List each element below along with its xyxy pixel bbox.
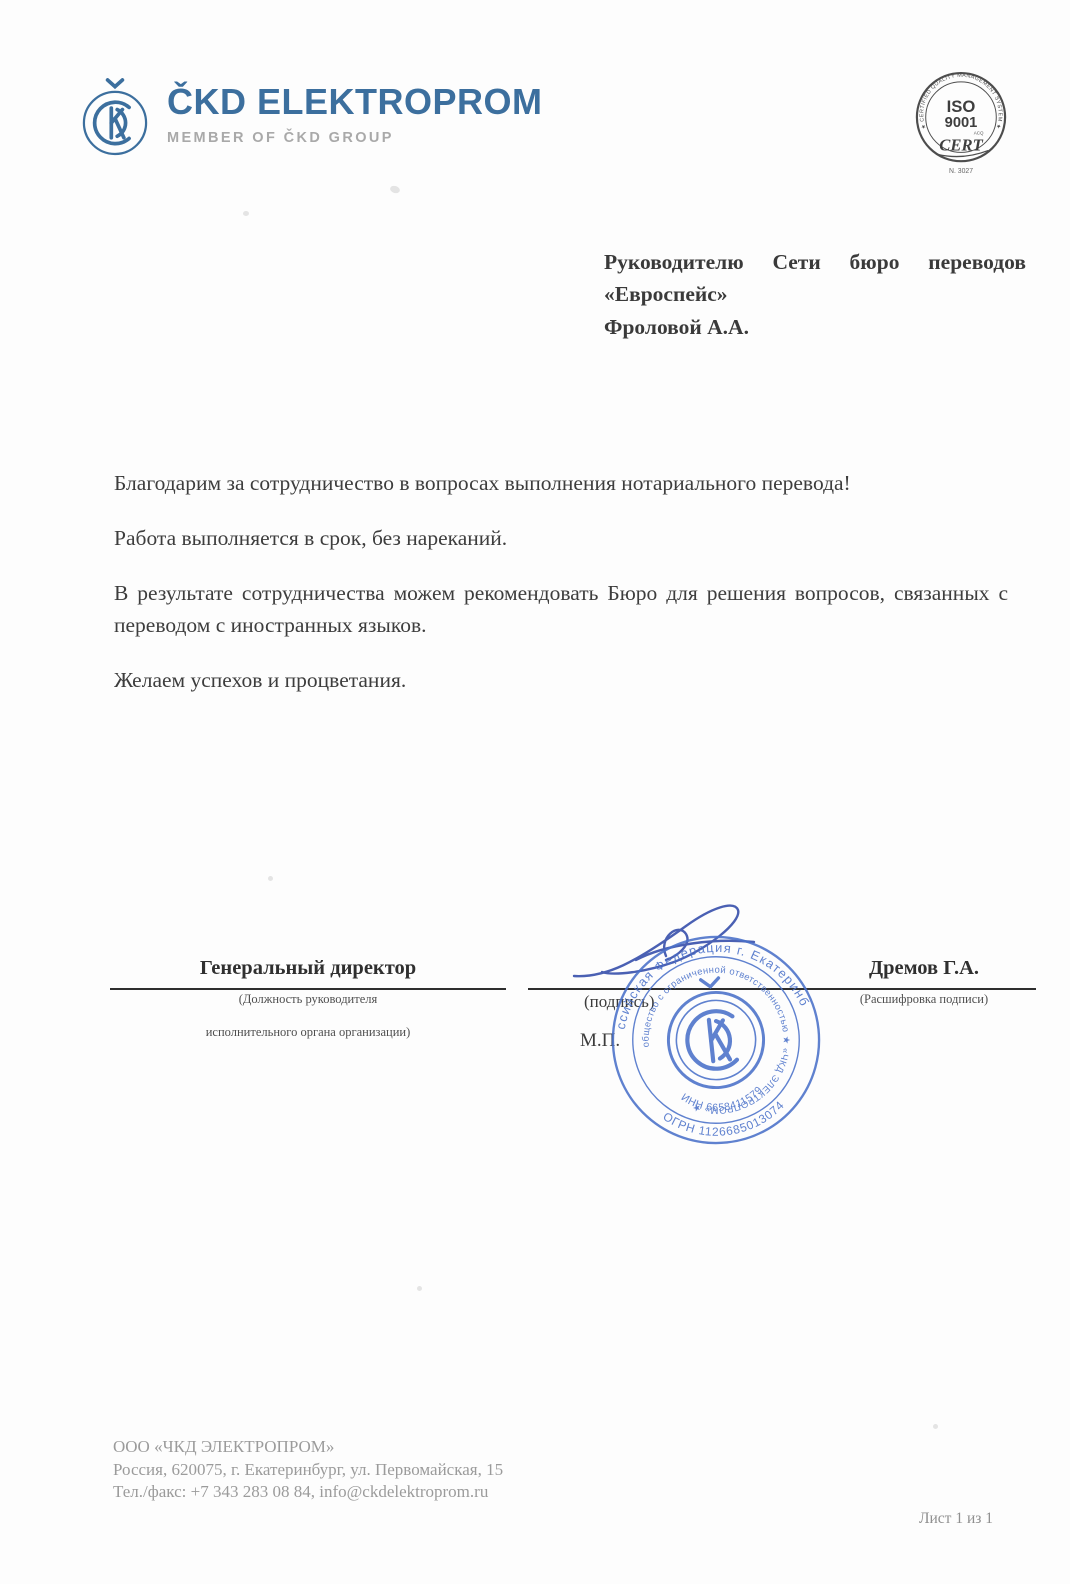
scan-artifact	[243, 211, 249, 216]
footer-company: ООО «ЧКД ЭЛЕКТРОПРОМ»	[113, 1436, 503, 1459]
scan-artifact	[268, 876, 273, 881]
letter-body: Благодарим за сотрудничество в вопросах …	[114, 468, 1008, 720]
ckd-monogram-icon	[78, 76, 152, 158]
iso-9001-cert-badge-icon: ★ CERTIFIED QUALITY MANAGEMENT SYSTEM ★ …	[912, 68, 1010, 178]
letter-page: ČKD ELEKTROPROM MEMBER OF ČKD GROUP ★ CE…	[0, 0, 1070, 1584]
signature-position-block: Генеральный директор (Должность руководи…	[110, 948, 506, 1040]
logo-wordmark: ČKD ELEKTROPROM	[167, 84, 543, 120]
cert-word: CERT	[939, 135, 983, 154]
position-caption: (Должность руководителя	[110, 992, 506, 1007]
signer-name: Дремов Г.А.	[812, 948, 1036, 990]
footer-contacts: Тел./факс: +7 343 283 08 84, info@ckdele…	[113, 1481, 503, 1504]
company-logo: ČKD ELEKTROPROM MEMBER OF ČKD GROUP	[78, 76, 543, 158]
page-number: Лист 1 из 1	[919, 1510, 993, 1528]
logo-tagline: MEMBER OF ČKD GROUP	[167, 130, 543, 146]
footer-block: ООО «ЧКД ЭЛЕКТРОПРОМ» Россия, 620075, г.…	[113, 1436, 503, 1504]
svg-text:ИНН 6658411579: ИНН 6658411579	[678, 1084, 767, 1118]
scan-artifact	[417, 1286, 422, 1291]
position-title: Генеральный директор	[110, 948, 506, 990]
scan-artifact	[389, 185, 401, 195]
recipient-line: «Евроспейс»	[604, 278, 1026, 310]
iso-number: 9001	[945, 115, 978, 131]
name-caption: (Расшифровка подписи)	[812, 992, 1036, 1007]
paragraph: Благодарим за сотрудничество в вопросах …	[114, 468, 1008, 499]
paragraph: В результате сотрудничества можем рекоме…	[114, 578, 1008, 640]
position-caption: исполнительного органа организации)	[110, 1025, 506, 1040]
cert-number: N. 3027	[949, 168, 973, 175]
paragraph: Работа выполняется в срок, без нареканий…	[114, 523, 1008, 554]
paragraph: Желаем успехов и процветания.	[114, 665, 1008, 696]
stamp-inn-text: ИНН 6658411579	[678, 1084, 767, 1118]
recipient-line: Фроловой А.А.	[604, 311, 1026, 343]
footer-address: Россия, 620075, г. Екатеринбург, ул. Пер…	[113, 1459, 503, 1482]
iso-label: ISO	[947, 97, 976, 116]
scan-artifact	[933, 1424, 938, 1429]
signature-name-block: Дремов Г.А. (Расшифровка подписи)	[812, 948, 1036, 1007]
company-stamp-icon: Российская Федерация г. Екатеринбург ОГР…	[596, 920, 836, 1160]
recipient-block: Руководителю Сети бюро переводов «Евросп…	[604, 246, 1026, 343]
recipient-line: Руководителю Сети бюро переводов	[604, 246, 1026, 278]
